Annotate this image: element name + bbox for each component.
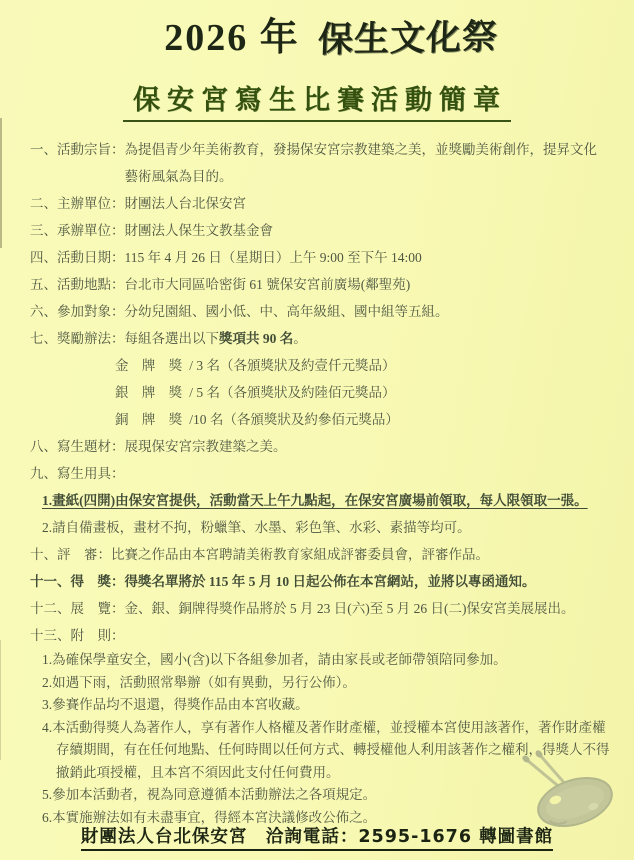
item-label: 主辦單位： xyxy=(57,196,125,211)
item-number: 二、 xyxy=(30,196,57,211)
item-organizer: 二、主辦單位： 財團法人台北保安宮 xyxy=(30,190,610,217)
award-note: （各頒獎狀及約壹仟元獎品） xyxy=(220,358,396,373)
document-body: 一、活動宗旨： 為提倡青少年美術教育，發揚保安宮宗教建築之美，並獎勵美術創作，提… xyxy=(0,122,634,829)
item-exhibition: 十二、展 覽： 金、銀、銅牌得獎作品將於 5 月 23 日(六)至 5 月 26… xyxy=(30,595,610,622)
scanned-flyer-page: 2026 年 保生文化祭 保安宮寫生比賽活動簡章 一、活動宗旨： 為提倡青少年美… xyxy=(0,0,634,860)
item-label: 承辦單位： xyxy=(57,223,125,238)
item-text: 為提倡青少年美術教育，發揚保安宮宗教建築之美，並獎勵美術創作，提昇文化藝術風氣為… xyxy=(125,136,611,190)
appendix-sub-3: 3.參賽作品均不退還，得獎作品由本宮收藏。 xyxy=(42,694,610,717)
item-number: 十一、 xyxy=(30,574,71,589)
item-head: 十三、附 則： xyxy=(30,622,125,649)
item-head: 十一、得 獎： xyxy=(30,568,125,595)
item-judging: 十、評 審： 比賽之作品由本宮聘請美術教育家組成評審委員會，評審作品。 xyxy=(30,541,610,568)
item-head: 六、參加對象： xyxy=(30,298,125,325)
item-label: 寫生題材： xyxy=(57,439,125,454)
item-location: 五、活動地點： 台北市大同區哈密街 61 號保安宮前廣場(鄰聖苑) xyxy=(30,271,610,298)
appendix-sub-2: 2.如遇下雨，活動照常舉辦（如有異動，另行公佈）。 xyxy=(42,672,610,695)
item-appendix: 十三、附 則： xyxy=(30,622,610,649)
item-head: 二、主辦單位： xyxy=(30,190,125,217)
title-festival-calligraphy: 保生文化祭 xyxy=(317,15,499,62)
item-text: 分幼兒園組、國小低、中、高年級組、國中組等五組。 xyxy=(125,298,611,325)
item-purpose: 一、活動宗旨： 為提倡青少年美術教育，發揚保安宮宗教建築之美，並獎勵美術創作，提… xyxy=(30,136,610,190)
item-text: 財團法人台北保安宮 xyxy=(125,190,611,217)
award-row-silver: 銀 牌 獎/ 5 名（各頒獎狀及約陸佰元獎品） xyxy=(115,379,610,406)
item-number: 七、 xyxy=(30,331,57,346)
award-name: 銀 牌 獎 xyxy=(115,385,187,400)
item-number: 六、 xyxy=(30,304,57,319)
item-text: 金、銀、銅牌得獎作品將於 5 月 23 日(六)至 5 月 26 日(二)保安宮… xyxy=(125,595,611,622)
title-line: 2026 年 保生文化祭 xyxy=(0,16,634,68)
item-label: 評 審： xyxy=(57,547,111,562)
artist-palette-icon xyxy=(505,746,623,832)
item-text: 比賽之作品由本宮聘請美術教育家組成評審委員會，評審作品。 xyxy=(111,541,610,568)
award-name: 金 牌 獎 xyxy=(115,358,187,373)
item-text: 得獎名單將於 115 年 5 月 10 日起公佈在本宮網站，並將以專函通知。 xyxy=(125,568,611,595)
item-text: 每組各選出以下獎項共 90 名。 xyxy=(125,325,611,352)
item-label: 得 獎： xyxy=(71,574,125,589)
award-row-bronze: 銅 牌 獎/10 名（各頒獎狀及約參佰元獎品） xyxy=(115,406,610,433)
item-label: 獎勵辦法： xyxy=(57,331,125,346)
award-count: /10 名 xyxy=(189,412,223,427)
item-text: 台北市大同區哈密街 61 號保安宮前廣場(鄰聖苑) xyxy=(125,271,611,298)
item-number: 四、 xyxy=(30,250,57,265)
item-head: 九、寫生用具： xyxy=(30,460,125,487)
title-block: 2026 年 保生文化祭 保安宮寫生比賽活動簡章 xyxy=(0,0,634,122)
award-count: / 3 名 xyxy=(189,358,220,373)
item-number: 三、 xyxy=(30,223,57,238)
item-head: 一、活動宗旨： xyxy=(30,136,125,190)
item-number: 九、 xyxy=(30,466,57,481)
subtitle-line: 保安宮寫生比賽活動簡章 xyxy=(0,78,634,122)
title-year: 2026 年 xyxy=(164,17,300,59)
scan-artifact xyxy=(0,118,2,248)
item-label: 活動地點： xyxy=(57,277,125,292)
footer-text: 財團法人台北保安宮 洽詢電話：2595-1676 轉圖書館 xyxy=(81,827,553,851)
item-label: 活動宗旨： xyxy=(57,142,125,157)
item-number: 一、 xyxy=(30,142,57,157)
award-row-gold: 金 牌 獎/ 3 名（各頒獎狀及約壹仟元獎品） xyxy=(115,352,610,379)
item-label: 寫生用具： xyxy=(57,466,125,481)
item-label: 展 覽： xyxy=(71,601,125,616)
item-text: 115 年 4 月 26 日（星期日）上午 9:00 至下午 14:00 xyxy=(125,244,611,271)
item-theme: 八、寫生題材： 展現保安宮宗教建築之美。 xyxy=(30,433,610,460)
item-awards-rule: 七、獎勵辦法： 每組各選出以下獎項共 90 名。 xyxy=(30,325,610,352)
footer-contact: 財團法人台北保安宮 洽詢電話：2595-1676 轉圖書館 xyxy=(0,823,634,848)
item-text: 財團法人保生文教基金會 xyxy=(125,217,611,244)
item-supplies: 九、寫生用具： xyxy=(30,460,610,487)
item-number: 十、 xyxy=(30,547,57,562)
award-note: （各頒獎狀及約參佰元獎品） xyxy=(223,412,399,427)
award-name: 銅 牌 獎 xyxy=(115,412,187,427)
item-winners: 十一、得 獎： 得獎名單將於 115 年 5 月 10 日起公佈在本宮網站，並將… xyxy=(30,568,610,595)
supplies-sub-1: 1.畫紙(四開)由保安宮提供，活動當天上午九點起，在保安宮廣場前領取，每人限領取… xyxy=(42,487,610,514)
item-label: 活動日期： xyxy=(57,250,125,265)
item-number: 十二、 xyxy=(30,601,71,616)
item-text-tail: 。 xyxy=(293,331,307,346)
item-number: 十三、 xyxy=(30,628,71,643)
award-count: / 5 名 xyxy=(189,385,220,400)
item-text-bold: 獎項共 90 名 xyxy=(219,331,293,346)
scan-artifact xyxy=(0,640,1,760)
item-head: 五、活動地點： xyxy=(30,271,125,298)
item-participants: 六、參加對象： 分幼兒園組、國小低、中、高年級組、國中組等五組。 xyxy=(30,298,610,325)
item-number: 八、 xyxy=(30,439,57,454)
item-head: 十、評 審： xyxy=(30,541,111,568)
item-head: 四、活動日期： xyxy=(30,244,125,271)
item-head: 三、承辦單位： xyxy=(30,217,125,244)
item-head: 十二、展 覽： xyxy=(30,595,125,622)
item-head: 七、獎勵辦法： xyxy=(30,325,125,352)
item-head: 八、寫生題材： xyxy=(30,433,125,460)
award-note: （各頒獎狀及約陸佰元獎品） xyxy=(220,385,396,400)
item-label: 附 則： xyxy=(71,628,125,643)
supplies-sub-2: 2.請自備畫板，畫材不拘，粉蠟筆、水墨、彩色筆、水彩、素描等均可。 xyxy=(42,514,610,541)
page-title: 保安宮寫生比賽活動簡章 xyxy=(123,78,511,122)
item-text: 展現保安宮宗教建築之美。 xyxy=(125,433,611,460)
item-co-organizer: 三、承辦單位： 財團法人保生文教基金會 xyxy=(30,217,610,244)
appendix-sub-1: 1.為確保學童安全，國小(含)以下各組參加者，請由家長或老師帶領陪同參加。 xyxy=(42,649,610,672)
item-date: 四、活動日期： 115 年 4 月 26 日（星期日）上午 9:00 至下午 1… xyxy=(30,244,610,271)
item-text-plain: 每組各選出以下 xyxy=(125,331,220,346)
item-number: 五、 xyxy=(30,277,57,292)
item-label: 參加對象： xyxy=(57,304,125,319)
